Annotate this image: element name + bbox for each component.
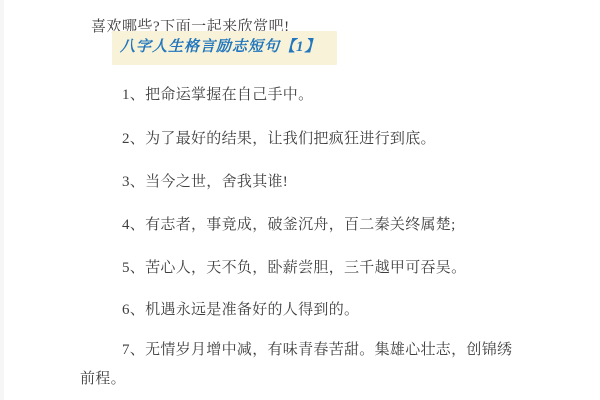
quote-item-5: 5、苦心人，天不负，卧薪尝胆，三千越甲可吞吴。 — [80, 254, 526, 283]
quote-item-6: 6、机遇永远是准备好的人得到的。 — [80, 296, 526, 325]
section-heading-highlight: 八字人生格言励志短句【1】 — [112, 31, 337, 65]
quote-item-2: 2、为了最好的结果，让我们把疯狂进行到底。 — [80, 125, 526, 154]
quote-item-7: 7、无情岁月增中减，有味青春苦甜。集雄心壮志，创锦绣前程。 — [80, 336, 526, 394]
document-page: 喜欢哪些?下面一起来欣赏吧! 八字人生格言励志短句【1】 1、把命运掌握在自己手… — [0, 0, 600, 400]
page-edge-shade — [0, 0, 4, 400]
quote-item-3: 3、当今之世，舍我其谁! — [80, 168, 526, 197]
section-heading: 八字人生格言励志短句【1】 — [120, 39, 321, 55]
quote-item-4: 4、有志者，事竟成，破釜沉舟，百二秦关终属楚; — [80, 211, 526, 240]
quote-item-1: 1、把命运掌握在自己手中。 — [80, 81, 526, 110]
